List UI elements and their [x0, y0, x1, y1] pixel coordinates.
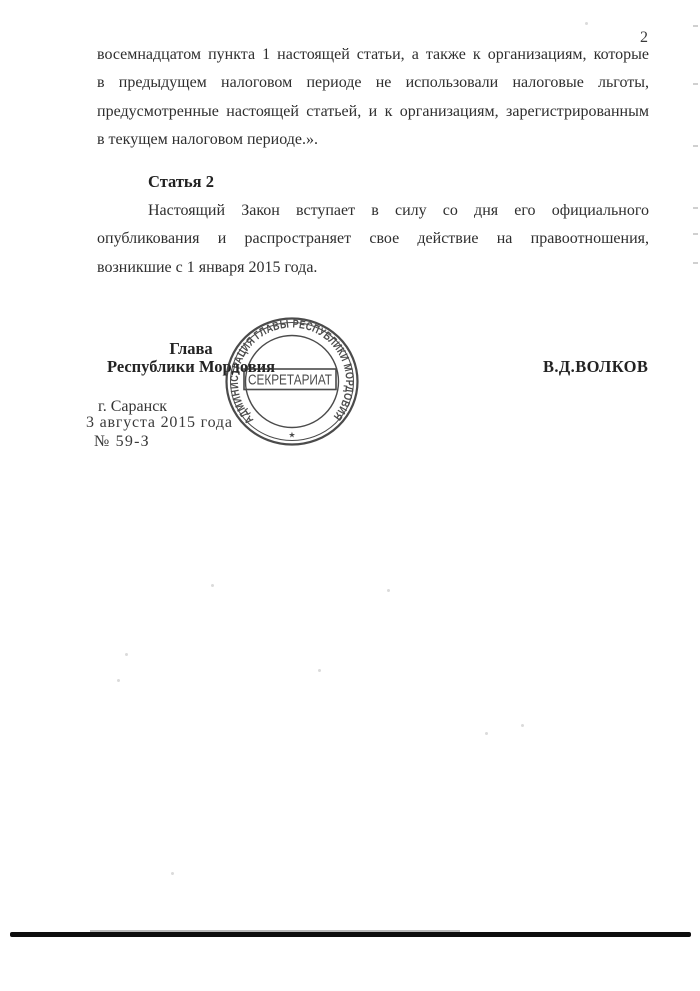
scan-artifact-bar	[10, 932, 691, 937]
scan-speck	[318, 669, 321, 672]
signatory-name: В.Д.ВОЛКОВ	[543, 357, 648, 377]
body-text-line: возникшие с 1 января 2015 года.	[97, 254, 649, 282]
scan-edge-mark	[693, 25, 698, 27]
signature-date: 3 августа 2015 года	[86, 414, 233, 432]
scan-edge-mark	[693, 233, 698, 235]
article-heading: Статья 2	[148, 168, 214, 196]
document-number: № 59-З	[94, 433, 150, 451]
body-text-line: предусмотренные настоящей статьей, и к о…	[97, 98, 649, 126]
stamp-center-text: СЕКРЕТАРИАТ	[248, 373, 332, 389]
scan-speck	[125, 653, 128, 656]
scan-edge-mark	[693, 207, 698, 209]
paragraph-article2: Настоящий Закон вступает в силу со дня е…	[97, 197, 649, 282]
body-text-line: в текущем налоговом периоде.».	[97, 126, 649, 154]
scan-speck	[485, 732, 488, 735]
scan-speck	[387, 589, 390, 592]
stamp-star-icon: ★	[288, 431, 295, 440]
scan-edge-mark	[693, 145, 698, 147]
body-text-line: в предыдущем налоговом периоде не исполь…	[97, 69, 649, 97]
scan-edge-mark	[693, 262, 698, 264]
scan-speck	[585, 22, 588, 25]
paragraph-continuation: восемнадцатом пункта 1 настоящей статьи,…	[97, 41, 649, 155]
body-text-line: опубликования и распространяет свое дейс…	[97, 225, 649, 253]
scan-speck	[211, 584, 214, 587]
scan-speck	[117, 679, 120, 682]
body-text-line: восемнадцатом пункта 1 настоящей статьи,…	[97, 41, 649, 69]
scanned-document-page: { "page": { "number": "2" }, "body": { "…	[0, 0, 700, 991]
scan-speck	[171, 872, 174, 875]
scan-speck	[521, 724, 524, 727]
round-seal-stamp: АДМИНИСТРАЦИЯ ГЛАВЫ РЕСПУБЛИКИ МОРДОВИЯ …	[222, 313, 362, 451]
body-text-line: Настоящий Закон вступает в силу со дня е…	[97, 197, 649, 225]
scan-edge-mark	[693, 83, 698, 85]
